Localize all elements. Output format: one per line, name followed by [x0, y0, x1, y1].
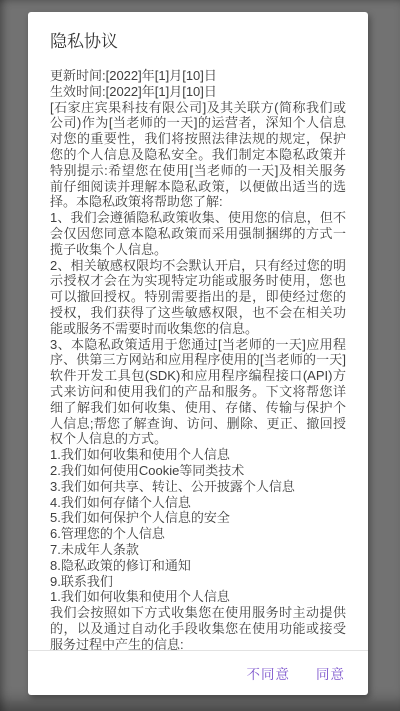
- policy-paragraph: 生效时间:[2022]年[1]月[10]日: [50, 84, 346, 100]
- policy-toc-item: 7.未成年人条款: [50, 542, 346, 558]
- policy-toc-item: 4.我们如何存储个人信息: [50, 495, 346, 511]
- policy-paragraph: [石家庄宾果科技有限公司]及其关联方(简称我们或公司)作为[当老师的一天]的运营…: [50, 100, 346, 211]
- policy-toc-item: 9.联系我们: [50, 574, 346, 590]
- dialog-action-bar: 不同意 同意: [28, 651, 368, 695]
- policy-toc-item: 1.我们如何收集和使用个人信息: [50, 447, 346, 463]
- policy-paragraph: 我们会按照如下方式收集您在使用服务时主动提供的，以及通过自动化手段收集您在使用功…: [50, 605, 346, 650]
- policy-toc-item: 3.我们如何共享、转让、公开披露个人信息: [50, 479, 346, 495]
- policy-paragraph: 更新时间:[2022]年[1]月[10]日: [50, 68, 346, 84]
- policy-toc-item: 8.隐私政策的修订和通知: [50, 558, 346, 574]
- policy-toc-item: 6.管理您的个人信息: [50, 526, 346, 542]
- privacy-policy-dialog: 隐私协议 更新时间:[2022]年[1]月[10]日 生效时间:[2022]年[…: [28, 12, 368, 695]
- dialog-title: 隐私协议: [28, 12, 368, 59]
- policy-paragraph: 1、我们会遵循隐私政策收集、使用您的信息，但不会仅因您同意本隐私政策而采用强制捆…: [50, 210, 346, 257]
- policy-paragraph: 2、相关敏感权限均不会默认开启，只有经过您的明示授权才会在为实现特定功能或服务时…: [50, 258, 346, 337]
- policy-scroll-area[interactable]: 更新时间:[2022]年[1]月[10]日 生效时间:[2022]年[1]月[1…: [28, 59, 368, 650]
- agree-button[interactable]: 同意: [303, 655, 358, 691]
- policy-toc-item: 2.我们如何使用Cookie等同类技术: [50, 463, 346, 479]
- policy-section-heading: 1.我们如何收集和使用个人信息: [50, 589, 346, 605]
- policy-toc-item: 5.我们如何保护个人信息的安全: [50, 510, 346, 526]
- disagree-button[interactable]: 不同意: [234, 655, 304, 691]
- policy-paragraph: 3、本隐私政策适用于您通过[当老师的一天]应用程序、供第三方网站和应用程序使用的…: [50, 337, 346, 448]
